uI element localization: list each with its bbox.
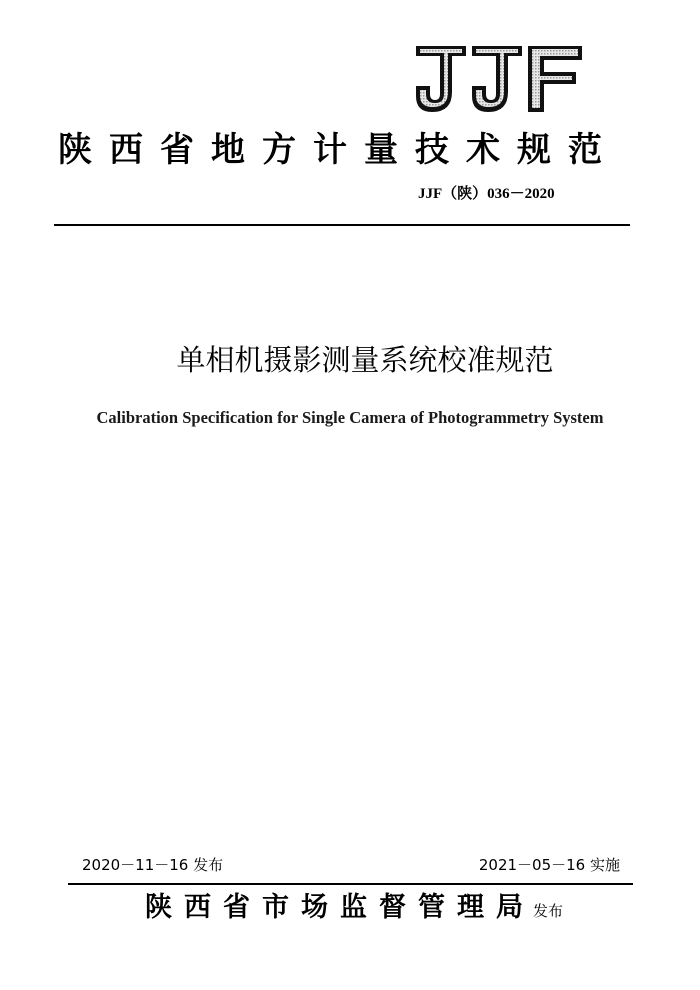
release-date: 2020－11－16 发布 bbox=[82, 853, 282, 877]
jjf-logo-icon bbox=[414, 44, 584, 114]
document-title-chinese: 单相机摄影测量系统校准规范 bbox=[150, 338, 580, 382]
org-title: 陕西省地方计量技术规范 bbox=[58, 126, 638, 174]
implementation-date: 2021－05－16 实施 bbox=[420, 853, 620, 877]
header-divider bbox=[54, 224, 630, 226]
publisher-suffix: 发布 bbox=[533, 902, 563, 920]
document-title-english: Calibration Specification for Single Cam… bbox=[60, 406, 640, 430]
publisher-name: 陕西省市场监督管理局 bbox=[145, 892, 535, 923]
document-code: JJF（陕）036－2020 bbox=[418, 183, 618, 205]
footer-divider bbox=[68, 883, 633, 885]
publisher: 陕西省市场监督管理局 发布 bbox=[145, 888, 615, 928]
